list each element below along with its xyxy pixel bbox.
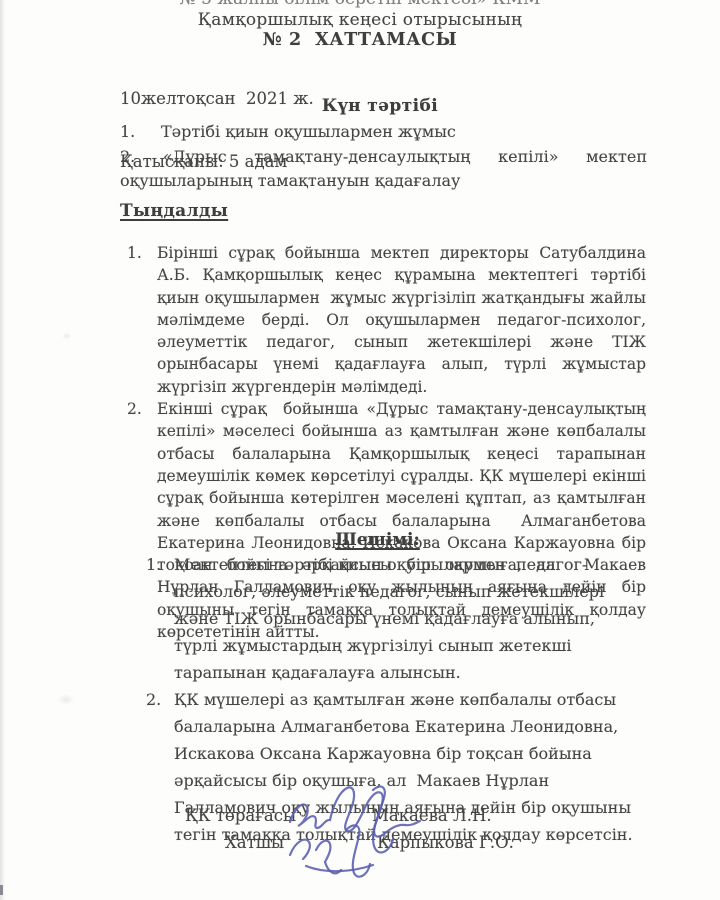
chairman-signature-stroke xyxy=(290,787,420,836)
agenda-title: Күн тәртібі xyxy=(0,96,720,116)
agenda-item: 2. «Дұрыс тамақтану-денсаулықтың кепілі»… xyxy=(120,145,647,194)
header-protocol-number: № 2 ХАТТАМАСЫ xyxy=(0,30,720,50)
agenda-item-text: «Дұрыс тамақтану-денсаулықтың кепілі» ме… xyxy=(120,147,652,191)
scanned-protocol-page: № 5 жалпы білім беретін мектебі» КММ Қам… xyxy=(0,0,720,900)
list-marker: 1. xyxy=(127,242,157,398)
secretary-signature-tail xyxy=(306,865,373,871)
handwritten-signatures xyxy=(278,780,448,885)
scan-corner-mark xyxy=(0,885,3,895)
signature-role-secretary: Хатшы xyxy=(225,833,284,852)
list-marker: 2. xyxy=(146,686,174,848)
decision-item: 1. Мектептегі тәртібі қиын оқушылармен п… xyxy=(146,551,646,686)
heard-item-text: Бірінші сұрақ бойынша мектеп директоры С… xyxy=(157,242,646,398)
header-school-name-clipped: № 5 жалпы білім беретін мектебі» КММ xyxy=(0,0,720,9)
agenda-item: 1. Тәртібі қиын оқушылармен жұмыс xyxy=(120,120,647,145)
agenda-item-text: Тәртібі қиын оқушылармен жұмыс xyxy=(161,120,456,145)
secretary-signature-stroke xyxy=(316,841,341,874)
header-council-line: Қамқоршылық кеңесі отырысының xyxy=(0,10,720,30)
list-marker: 1. xyxy=(146,551,174,686)
list-marker: 1. xyxy=(120,120,161,145)
secretary-signature-stroke xyxy=(290,840,310,859)
heard-section-title: Тыңдалды xyxy=(120,201,228,221)
scan-speck xyxy=(58,694,74,705)
heard-item: 1. Бірінші сұрақ бойынша мектеп директор… xyxy=(127,242,646,398)
scan-speck xyxy=(62,332,72,340)
list-marker: 2. xyxy=(120,147,135,166)
agenda-list: 1. Тәртібі қиын оқушылармен жұмыс 2. «Дұ… xyxy=(120,120,647,194)
scan-edge-shadow xyxy=(0,0,5,900)
decision-section-title: Шешімі: xyxy=(0,530,720,550)
decision-item-text: Мектептегі тәртібі қиын оқушылармен педа… xyxy=(174,551,646,686)
